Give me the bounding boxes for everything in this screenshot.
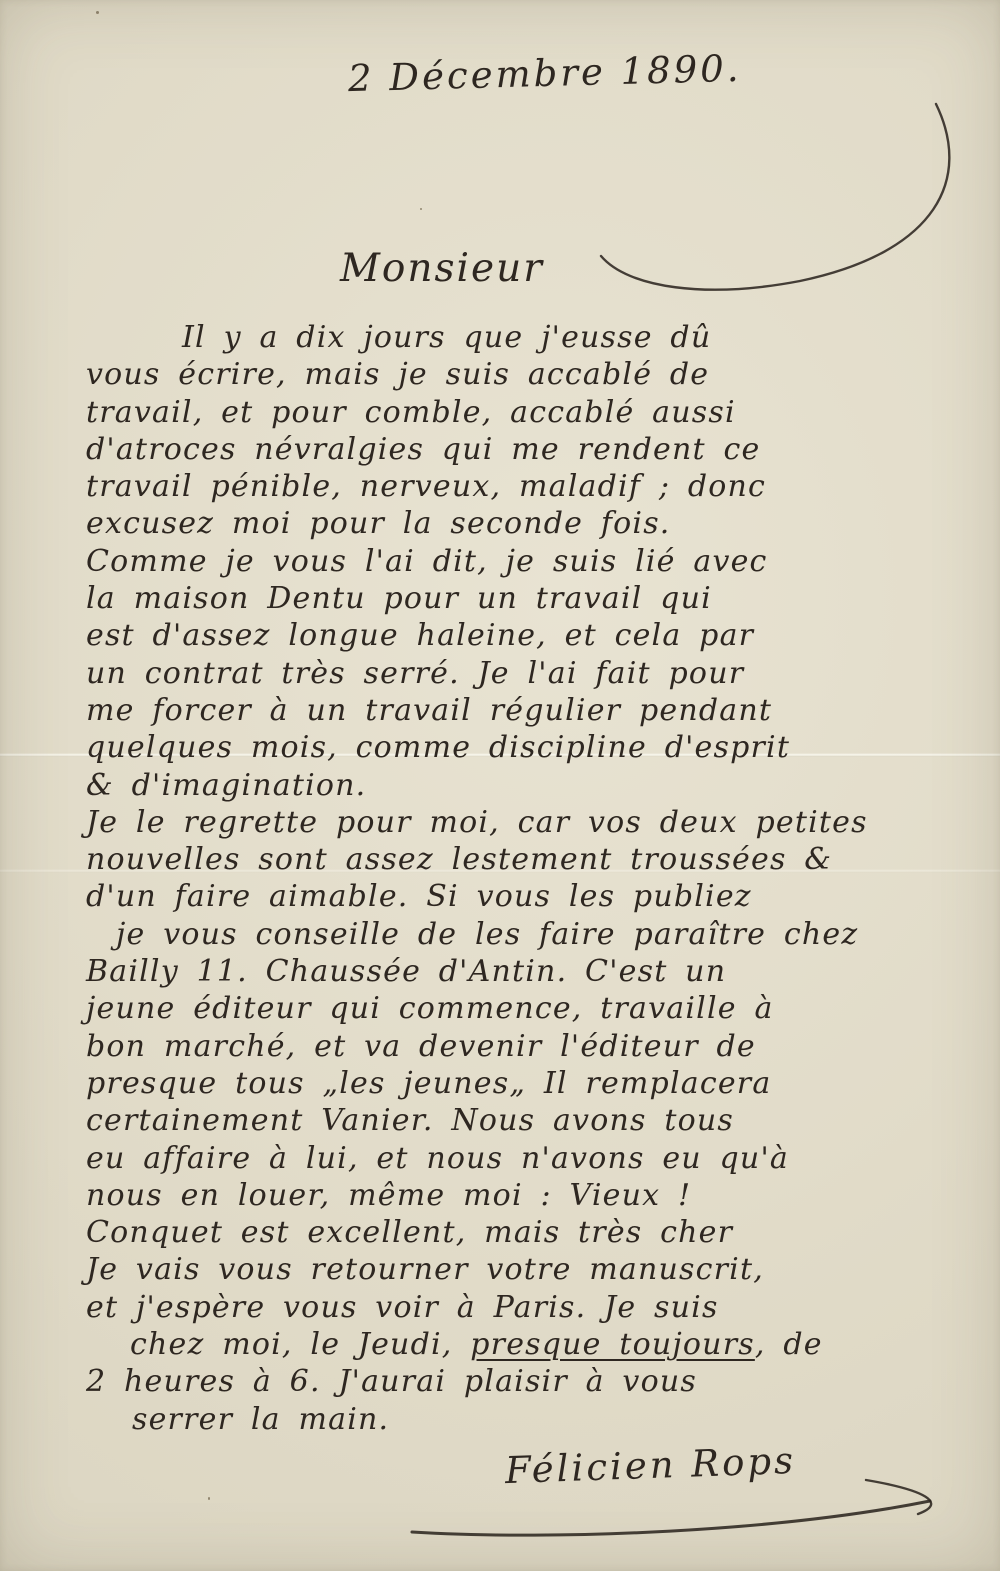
letter-line: quelques mois, comme discipline d'esprit: [86, 729, 986, 766]
paper-speck: [420, 208, 422, 210]
salutation: Monsieur: [340, 246, 544, 291]
letter-line: chez moi, le Jeudi, presque toujours, de: [86, 1326, 986, 1363]
letter-line: Bailly 11. Chaussée d'Antin. C'est un: [86, 953, 986, 990]
letter-line: nous en louer, même moi : Vieux !: [86, 1177, 986, 1214]
letter-line: jeune éditeur qui commence, travaille à: [86, 990, 986, 1027]
letter-line: vous écrire, mais je suis accablé de: [86, 356, 986, 393]
letter-line: certainement Vanier. Nous avons tous: [86, 1102, 986, 1139]
letter-line: nouvelles sont assez lestement troussées…: [86, 841, 986, 878]
letter-line: excusez moi pour la seconde fois.: [86, 505, 986, 542]
letter-line: & d'imagination.: [86, 767, 986, 804]
date-flourish: [601, 104, 949, 290]
letter-body: Il y a dix jours que j'eusse dûvous écri…: [86, 319, 986, 1438]
letter-line: bon marché, et va devenir l'éditeur de: [86, 1028, 986, 1065]
letter-line: serrer la main.: [86, 1401, 986, 1438]
letter-line: travail pénible, nerveux, maladif ; donc: [86, 468, 986, 505]
letter-line: eu affaire à lui, et nous n'avons eu qu'…: [86, 1140, 986, 1177]
letter-line: Il y a dix jours que j'eusse dû: [86, 319, 986, 356]
letter-line: travail, et pour comble, accablé aussi: [86, 394, 986, 431]
letter-page: 2 Décembre 1890. Monsieur Il y a dix jou…: [0, 0, 1000, 1571]
letter-line: 2 heures à 6. J'aurai plaisir à vous: [86, 1363, 986, 1400]
letter-line: et j'espère vous voir à Paris. Je suis: [86, 1289, 986, 1326]
signature-tail-stroke: [866, 1480, 931, 1514]
letter-line: d'atroces névralgies qui me rendent ce: [86, 431, 986, 468]
letter-line: la maison Dentu pour un travail qui: [86, 580, 986, 617]
letter-line: me forcer à un travail régulier pendant: [86, 692, 986, 729]
letter-line: je vous conseille de les faire paraître …: [86, 916, 986, 953]
signature: Félicien Rops: [504, 1439, 796, 1492]
letter-line: Je vais vous retourner votre manuscrit,: [86, 1251, 986, 1288]
letter-line: Conquet est excellent, mais très cher: [86, 1214, 986, 1251]
letter-line: est d'assez longue haleine, et cela par: [86, 617, 986, 654]
letter-line: d'un faire aimable. Si vous les publiez: [86, 878, 986, 915]
letter-line: un contrat très serré. Je l'ai fait pour: [86, 655, 986, 692]
letter-line: presque tous „les jeunes„ Il remplacera: [86, 1065, 986, 1102]
paper-speck: [96, 11, 99, 14]
letter-line: Comme je vous l'ai dit, je suis lié avec: [86, 543, 986, 580]
signature-underline: [412, 1501, 930, 1535]
paper-speck: [208, 1497, 210, 1500]
letter-line: Je le regrette pour moi, car vos deux pe…: [86, 804, 986, 841]
date-line: 2 Décembre 1890.: [348, 47, 743, 100]
